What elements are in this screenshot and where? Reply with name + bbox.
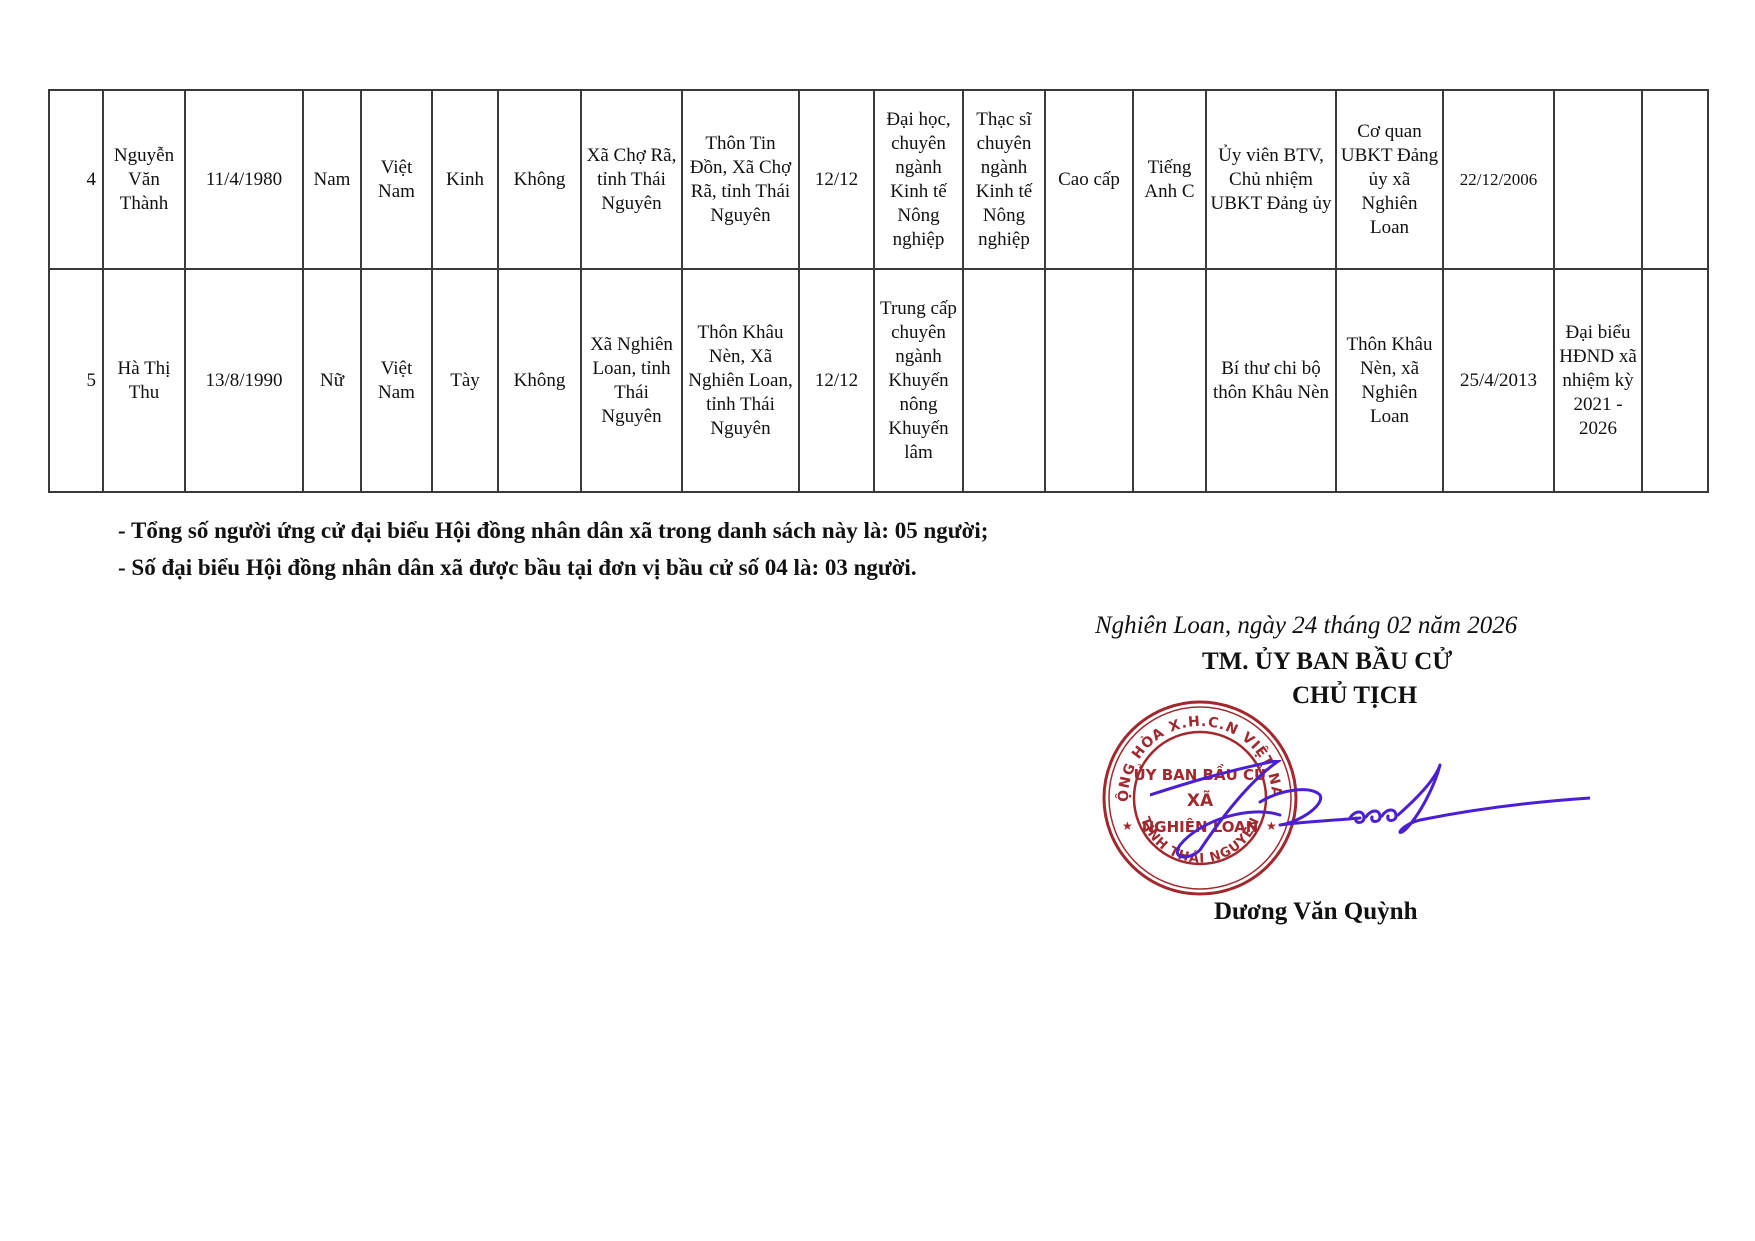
cell-dob: 13/8/1990 [185, 269, 303, 492]
table-row: 4 Nguyễn Văn Thành 11/4/1980 Nam Việt Na… [49, 90, 1708, 269]
cell-party-join-date: 22/12/2006 [1443, 90, 1554, 269]
cell-workplace: Thôn Khâu Nèn, xã Nghiên Loan [1336, 269, 1443, 492]
place-date: Nghiên Loan, ngày 24 tháng 02 năm 2026 [1095, 612, 1517, 640]
cell-position: Bí thư chi bộ thôn Khâu Nèn [1206, 269, 1336, 492]
cell-workplace: Cơ quan UBKT Đảng ủy xã Nghiên Loan [1336, 90, 1443, 269]
signer-name: Dương Văn Quỳnh [1214, 898, 1417, 926]
cell-stt: 4 [49, 90, 103, 269]
cell-gender: Nữ [303, 269, 361, 492]
cell-academic-degree [963, 269, 1045, 492]
cell-council-member: Đại biểu HĐND xã nhiệm kỳ 2021 - 2026 [1554, 269, 1642, 492]
cell-stt: 5 [49, 269, 103, 492]
signer-title: CHỦ TỊCH [1292, 682, 1417, 710]
cell-political-theory [1045, 269, 1133, 492]
cell-academic-degree: Thạc sĩ chuyên ngành Kinh tế Nông nghiệp [963, 90, 1045, 269]
cell-gender: Nam [303, 90, 361, 269]
cell-political-theory: Cao cấp [1045, 90, 1133, 269]
cell-name: Nguyễn Văn Thành [103, 90, 185, 269]
cell-note [1642, 269, 1708, 492]
cell-general-education: 12/12 [799, 90, 874, 269]
cell-religion: Không [498, 90, 581, 269]
summary-total-candidates: - Tổng số người ứng cử đại biểu Hội đồng… [118, 518, 988, 544]
cell-position: Ủy viên BTV, Chủ nhiệm UBKT Đảng ủy [1206, 90, 1336, 269]
cell-nationality: Việt Nam [361, 90, 432, 269]
cell-hometown: Xã Nghiên Loan, tỉnh Thái Nguyên [581, 269, 682, 492]
handwritten-signature-icon [1150, 760, 1590, 870]
cell-residence: Thôn Khâu Nèn, Xã Nghiên Loan, tỉnh Thái… [682, 269, 799, 492]
cell-foreign-language [1133, 269, 1206, 492]
candidate-table: 4 Nguyễn Văn Thành 11/4/1980 Nam Việt Na… [48, 89, 1709, 493]
cell-professional-qualification: Đại học, chuyên ngành Kinh tế Nông nghiệ… [874, 90, 963, 269]
cell-general-education: 12/12 [799, 269, 874, 492]
cell-hometown: Xã Chợ Rã, tỉnh Thái Nguyên [581, 90, 682, 269]
cell-ethnicity: Tày [432, 269, 498, 492]
cell-residence: Thôn Tin Đồn, Xã Chợ Rã, tỉnh Thái Nguyê… [682, 90, 799, 269]
cell-party-join-date: 25/4/2013 [1443, 269, 1554, 492]
cell-note [1642, 90, 1708, 269]
cell-name: Hà Thị Thu [103, 269, 185, 492]
cell-foreign-language: Tiếng Anh C [1133, 90, 1206, 269]
cell-nationality: Việt Nam [361, 269, 432, 492]
signing-organization: TM. ỦY BAN BẦU CỬ [1202, 648, 1452, 676]
cell-ethnicity: Kinh [432, 90, 498, 269]
summary-elected-seats: - Số đại biểu Hội đồng nhân dân xã được … [118, 555, 917, 581]
cell-professional-qualification: Trung cấp chuyên ngành Khuyến nông Khuyế… [874, 269, 963, 492]
cell-council-member [1554, 90, 1642, 269]
svg-text:★: ★ [1122, 819, 1133, 833]
cell-religion: Không [498, 269, 581, 492]
table-row: 5 Hà Thị Thu 13/8/1990 Nữ Việt Nam Tày K… [49, 269, 1708, 492]
cell-dob: 11/4/1980 [185, 90, 303, 269]
